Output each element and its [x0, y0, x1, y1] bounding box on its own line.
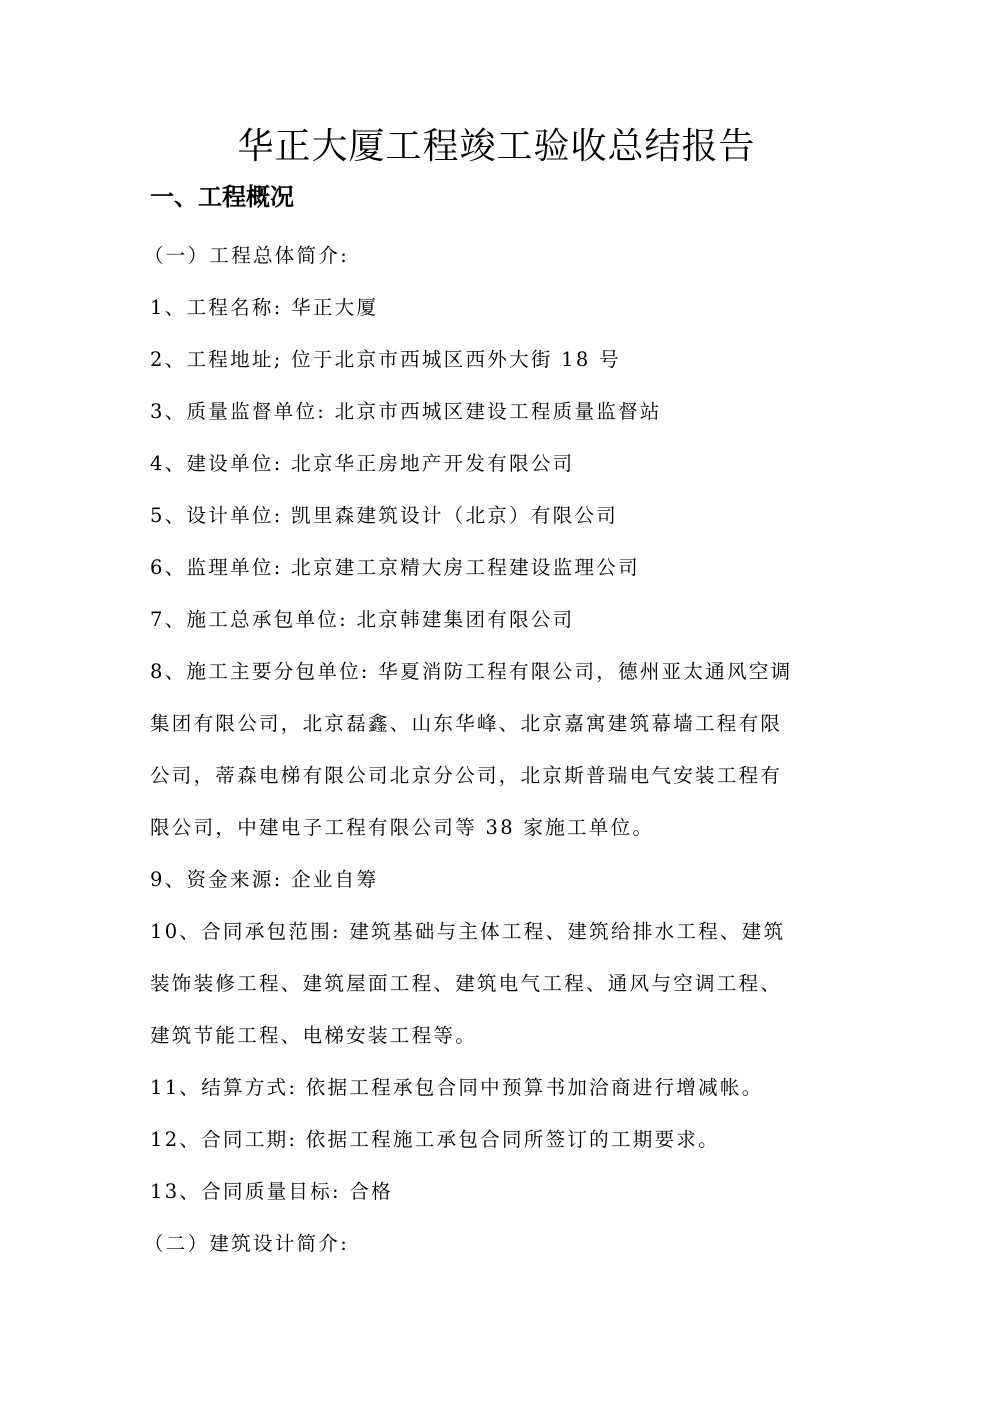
list-item-quality-supervision: 3、质量监督单位: 北京市西城区建设工程质量监督站	[150, 386, 850, 438]
subsection-heading-general-intro: （一）工程总体简介:	[144, 230, 850, 282]
document-body: （一）工程总体简介: 1、工程名称: 华正大厦 2、工程地址; 位于北京市西城区…	[150, 230, 850, 1270]
document-title: 华正大厦工程竣工验收总结报告	[0, 122, 993, 172]
list-item-project-address: 2、工程地址; 位于北京市西城区西外大街 18 号	[150, 334, 850, 386]
list-item-funding-source: 9、资金来源: 企业自筹	[150, 854, 850, 906]
list-item-supervision-unit: 6、监理单位: 北京建工京精大房工程建设监理公司	[150, 542, 850, 594]
list-item-subcontractors-line-4: 限公司，中建电子工程有限公司等 38 家施工单位。	[150, 802, 850, 854]
list-item-settlement-method: 11、结算方式: 依据工程承包合同中预算书加洽商进行增减帐。	[150, 1062, 850, 1114]
subsection-heading-architectural-design: （二）建筑设计简介:	[144, 1218, 850, 1270]
list-item-project-name: 1、工程名称: 华正大厦	[150, 282, 850, 334]
list-item-contract-scope-line-3: 建筑节能工程、电梯安装工程等。	[150, 1010, 850, 1062]
list-item-subcontractors-line-2: 集团有限公司，北京磊鑫、山东华峰、北京嘉寓建筑幕墙工程有限	[150, 698, 850, 750]
section-heading-project-overview: 一、工程概况	[150, 180, 294, 214]
list-item-construction-unit: 4、建设单位: 北京华正房地产开发有限公司	[150, 438, 850, 490]
list-item-general-contractor: 7、施工总承包单位: 北京韩建集团有限公司	[150, 594, 850, 646]
list-item-contract-scope-line-2: 装饰装修工程、建筑屋面工程、建筑电气工程、通风与空调工程、	[150, 958, 850, 1010]
list-item-quality-target: 13、合同质量目标: 合格	[150, 1166, 850, 1218]
document-page: 华正大厦工程竣工验收总结报告 一、工程概况 （一）工程总体简介: 1、工程名称:…	[0, 0, 993, 1404]
list-item-subcontractors-line-3: 公司，蒂森电梯有限公司北京分公司，北京斯普瑞电气安装工程有	[150, 750, 850, 802]
list-item-design-unit: 5、设计单位: 凯里森建筑设计（北京）有限公司	[150, 490, 850, 542]
list-item-contract-period: 12、合同工期: 依据工程施工承包合同所签订的工期要求。	[150, 1114, 850, 1166]
list-item-contract-scope-line-1: 10、合同承包范围: 建筑基础与主体工程、建筑给排水工程、建筑	[150, 906, 850, 958]
list-item-subcontractors-line-1: 8、施工主要分包单位: 华夏消防工程有限公司，德州亚太通风空调	[150, 646, 850, 698]
